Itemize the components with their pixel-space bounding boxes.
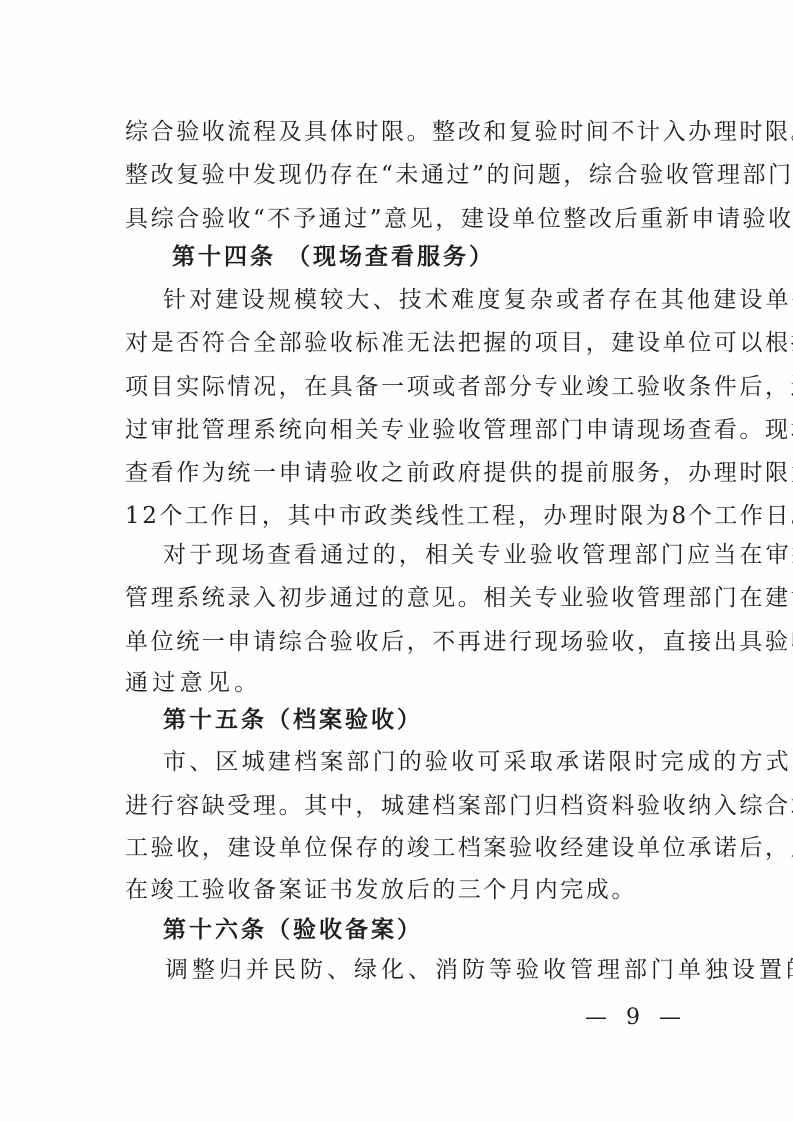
article-14-heading: 第十四条 （现场查看服务） bbox=[172, 242, 732, 272]
body-line: 查看作为统一申请验收之前政府提供的提前服务，办理时限为 bbox=[125, 458, 685, 488]
body-line: 12个工作日，其中市政类线性工程，办理时限为8个工作日。 bbox=[125, 501, 685, 531]
body-line: 整改复验中发现仍存在“未通过”的问题，综合验收管理部门出 bbox=[125, 160, 685, 190]
body-line: 在竣工验收备案证书发放后的三个月内完成。 bbox=[125, 875, 685, 905]
body-line: 针对建设规模较大、技术难度复杂或者存在其他建设单位 bbox=[163, 285, 723, 315]
body-line: 单位统一申请综合验收后，不再进行现场验收，直接出具验收 bbox=[125, 627, 685, 657]
body-line: 过审批管理系统向相关专业验收管理部门申请现场查看。现场 bbox=[125, 415, 685, 445]
body-line: 对是否符合全部验收标准无法把握的项目，建设单位可以根据 bbox=[125, 328, 685, 358]
body-line: 调整归并民防、绿化、消防等验收管理部门单独设置的 bbox=[165, 955, 725, 985]
body-line: 通过意见。 bbox=[125, 668, 685, 698]
body-line: 对于现场查看通过的，相关专业验收管理部门应当在审批 bbox=[163, 540, 723, 570]
body-line: 综合验收流程及具体时限。整改和复验时间不计入办理时限。 bbox=[125, 117, 685, 147]
body-line: 市、区城建档案部门的验收可采取承诺限时完成的方式， bbox=[163, 747, 723, 777]
document-page: 综合验收流程及具体时限。整改和复验时间不计入办理时限。 整改复验中发现仍存在“未… bbox=[0, 0, 793, 1122]
page-number: — 9 — bbox=[585, 1003, 687, 1033]
article-15-heading: 第十五条（档案验收） bbox=[163, 705, 723, 735]
body-line: 具综合验收“不予通过”意见，建设单位整改后重新申请验收。 bbox=[125, 204, 685, 234]
body-line: 管理系统录入初步通过的意见。相关专业验收管理部门在建设 bbox=[125, 583, 685, 613]
body-line: 工验收，建设单位保存的竣工档案验收经建设单位承诺后，应 bbox=[125, 833, 685, 863]
body-line: 进行容缺受理。其中，城建档案部门归档资料验收纳入综合竣 bbox=[125, 791, 685, 821]
article-16-heading: 第十六条（验收备案） bbox=[163, 915, 723, 945]
body-line: 项目实际情况，在具备一项或者部分专业竣工验收条件后，通 bbox=[125, 372, 685, 402]
